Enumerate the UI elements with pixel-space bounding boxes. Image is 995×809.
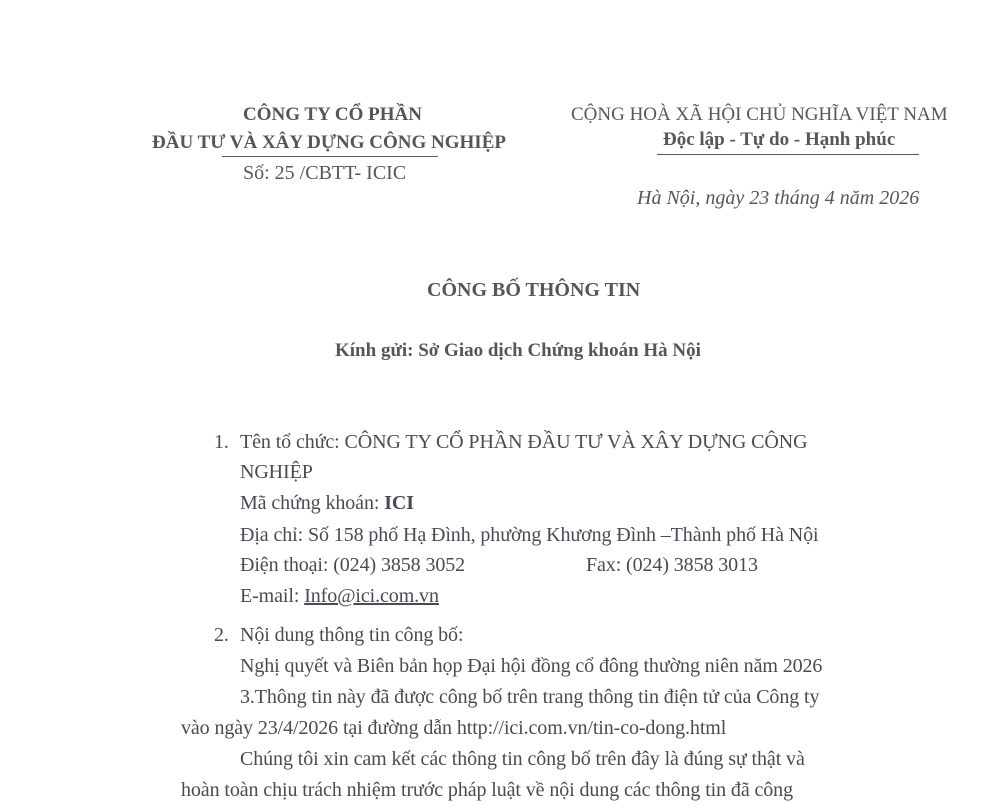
document-number: Số: 25 /CBTT- ICIC <box>243 162 406 185</box>
phone: Điện thoại: (024) 3858 3052 <box>240 554 465 577</box>
section2-content: Nghị quyết và Biên bản họp Đại hội đồng … <box>240 655 822 678</box>
ticker-label: Mã chứng khoán: <box>240 492 384 514</box>
org-name: CÔNG TY CỔ PHẦN ĐẦU TƯ VÀ XÂY DỰNG CÔNG <box>345 431 808 453</box>
recipient: Kính gửi: Sở Giao dịch Chứng khoán Hà Nộ… <box>335 340 701 362</box>
section2-heading: Nội dung thông tin công bố: <box>240 624 463 647</box>
company-name-underline <box>222 156 438 157</box>
org-name-line1: Tên tổ chức: CÔNG TY CỔ PHẦN ĐẦU TƯ VÀ X… <box>240 431 807 454</box>
org-name-line2: NGHIỆP <box>240 461 313 484</box>
section3-line2: vào ngày 23/4/2026 tại đường dẫn http://… <box>181 717 726 740</box>
section2-number: 2. <box>214 624 229 647</box>
ticker-line: Mã chứng khoán: ICI <box>240 492 414 515</box>
email-label: E-mail: <box>240 585 304 607</box>
disclosure-url[interactable]: http://ici.com.vn/tin-co-dong.html <box>457 717 726 739</box>
section1-number: 1. <box>214 431 229 454</box>
commitment-line1: Chúng tôi xin cam kết các thông tin công… <box>240 748 805 771</box>
national-motto: Độc lập - Tự do - Hạnh phúc <box>663 129 895 151</box>
ticker-symbol: ICI <box>384 492 414 514</box>
fax: Fax: (024) 3858 3013 <box>586 554 758 577</box>
place-and-date: Hà Nội, ngày 23 tháng 4 năm 2026 <box>637 187 919 210</box>
motto-underline <box>657 154 919 155</box>
email-link[interactable]: Info@ici.com.vn <box>304 585 439 607</box>
company-name-line2: ĐẦU TƯ VÀ XÂY DỰNG CÔNG NGHIỆP <box>152 132 506 154</box>
org-label: Tên tổ chức: <box>240 431 345 453</box>
document-title: CÔNG BỐ THÔNG TIN <box>427 279 640 302</box>
section3-line1: 3.Thông tin này đã được công bố trên tra… <box>240 686 819 709</box>
commitment-line2: hoàn toàn chịu trách nhiệm trước pháp lu… <box>181 779 793 802</box>
country-name: CỘNG HOÀ XÃ HỘI CHỦ NGHĨA VIỆT NAM <box>571 104 948 126</box>
email-line: E-mail: Info@ici.com.vn <box>240 585 439 608</box>
address: Địa chỉ: Số 158 phố Hạ Đình, phường Khươ… <box>240 524 819 547</box>
company-name-line1: CÔNG TY CỔ PHẦN <box>243 104 422 126</box>
section3-date-text: vào ngày 23/4/2026 tại đường dẫn <box>181 717 457 739</box>
